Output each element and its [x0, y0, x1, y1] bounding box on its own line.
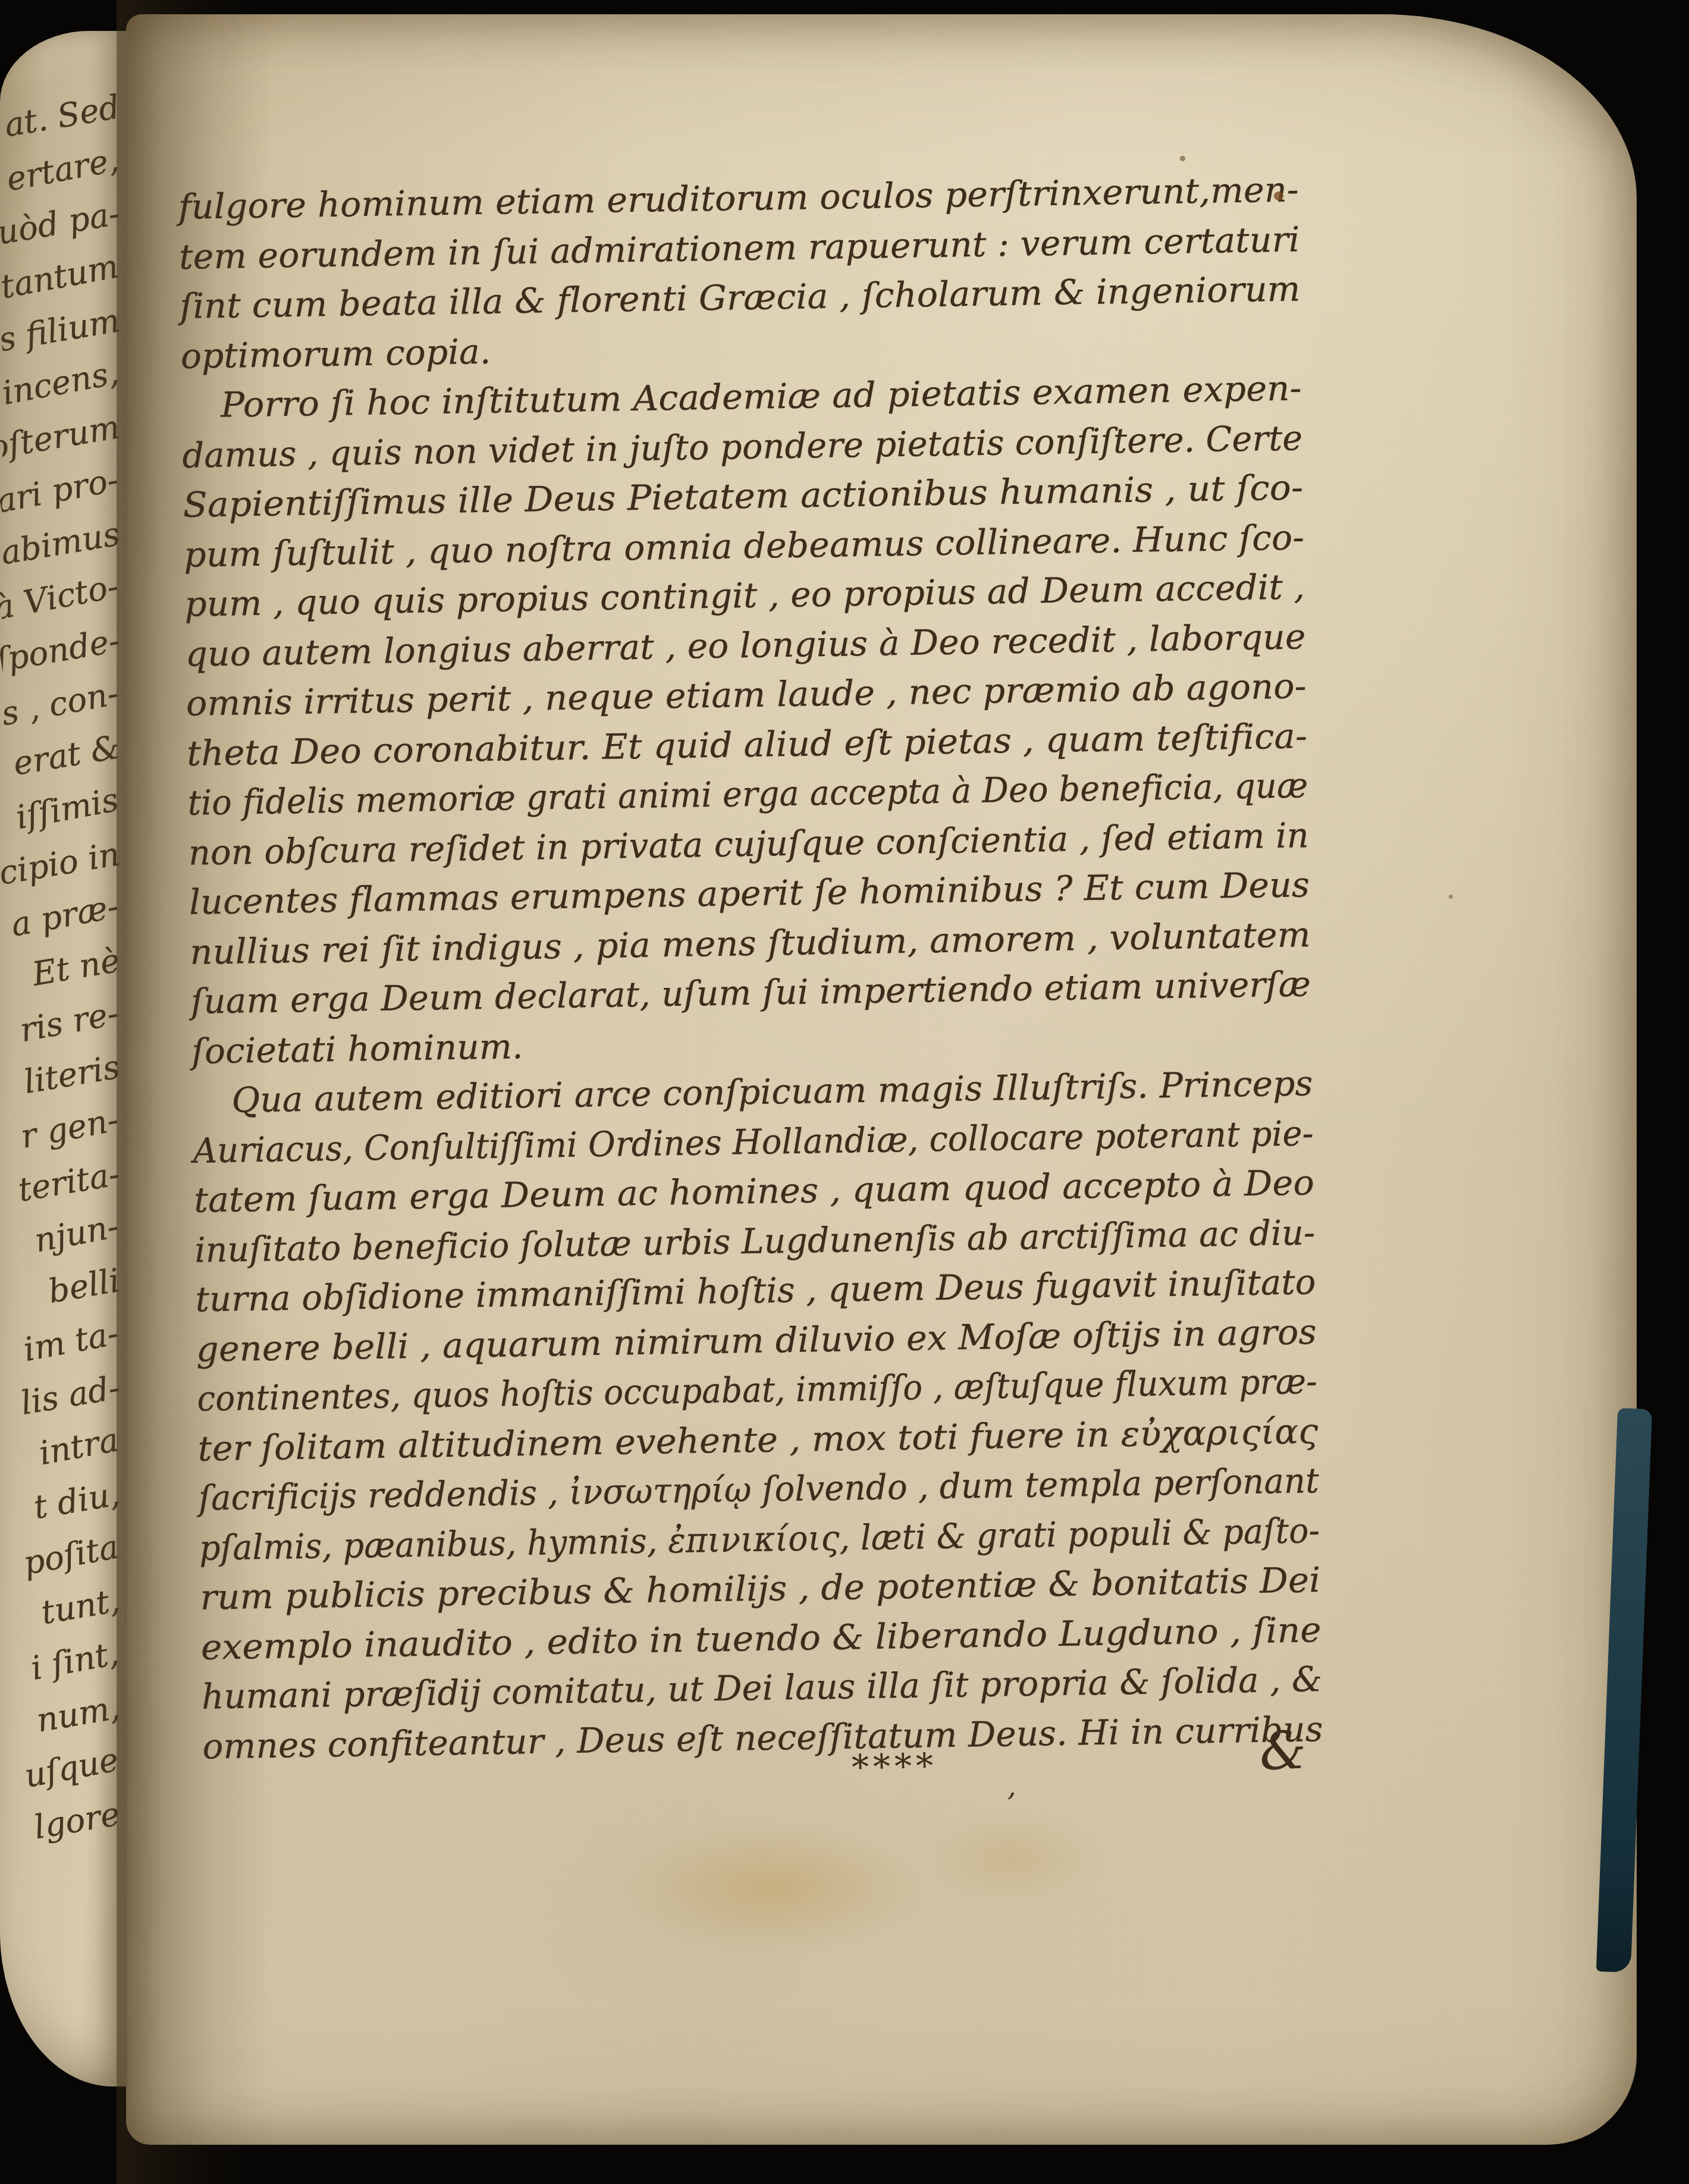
signature-mark: **** — [851, 1745, 937, 1787]
catchword-ampersand: & — [1258, 1719, 1307, 1783]
foxing-speck — [1449, 895, 1453, 899]
book-photo: at. Sedertare,uòd pa-tantums filiumincen… — [0, 0, 1689, 2184]
foxing-speck — [417, 1539, 421, 1543]
foxing-speck — [1180, 156, 1185, 161]
line-text: optimorum copia. — [180, 327, 491, 381]
main-text-block: fulgore hominum etiam eruditorum oculos … — [178, 165, 1323, 1771]
facing-page-text-fragments: at. Sedertare,uòd pa-tantums filiumincen… — [0, 89, 124, 1850]
foxing-speck — [1274, 192, 1283, 200]
line-text: ſocietati hominum. — [191, 1022, 524, 1077]
signature-comma: , — [1007, 1770, 1016, 1802]
